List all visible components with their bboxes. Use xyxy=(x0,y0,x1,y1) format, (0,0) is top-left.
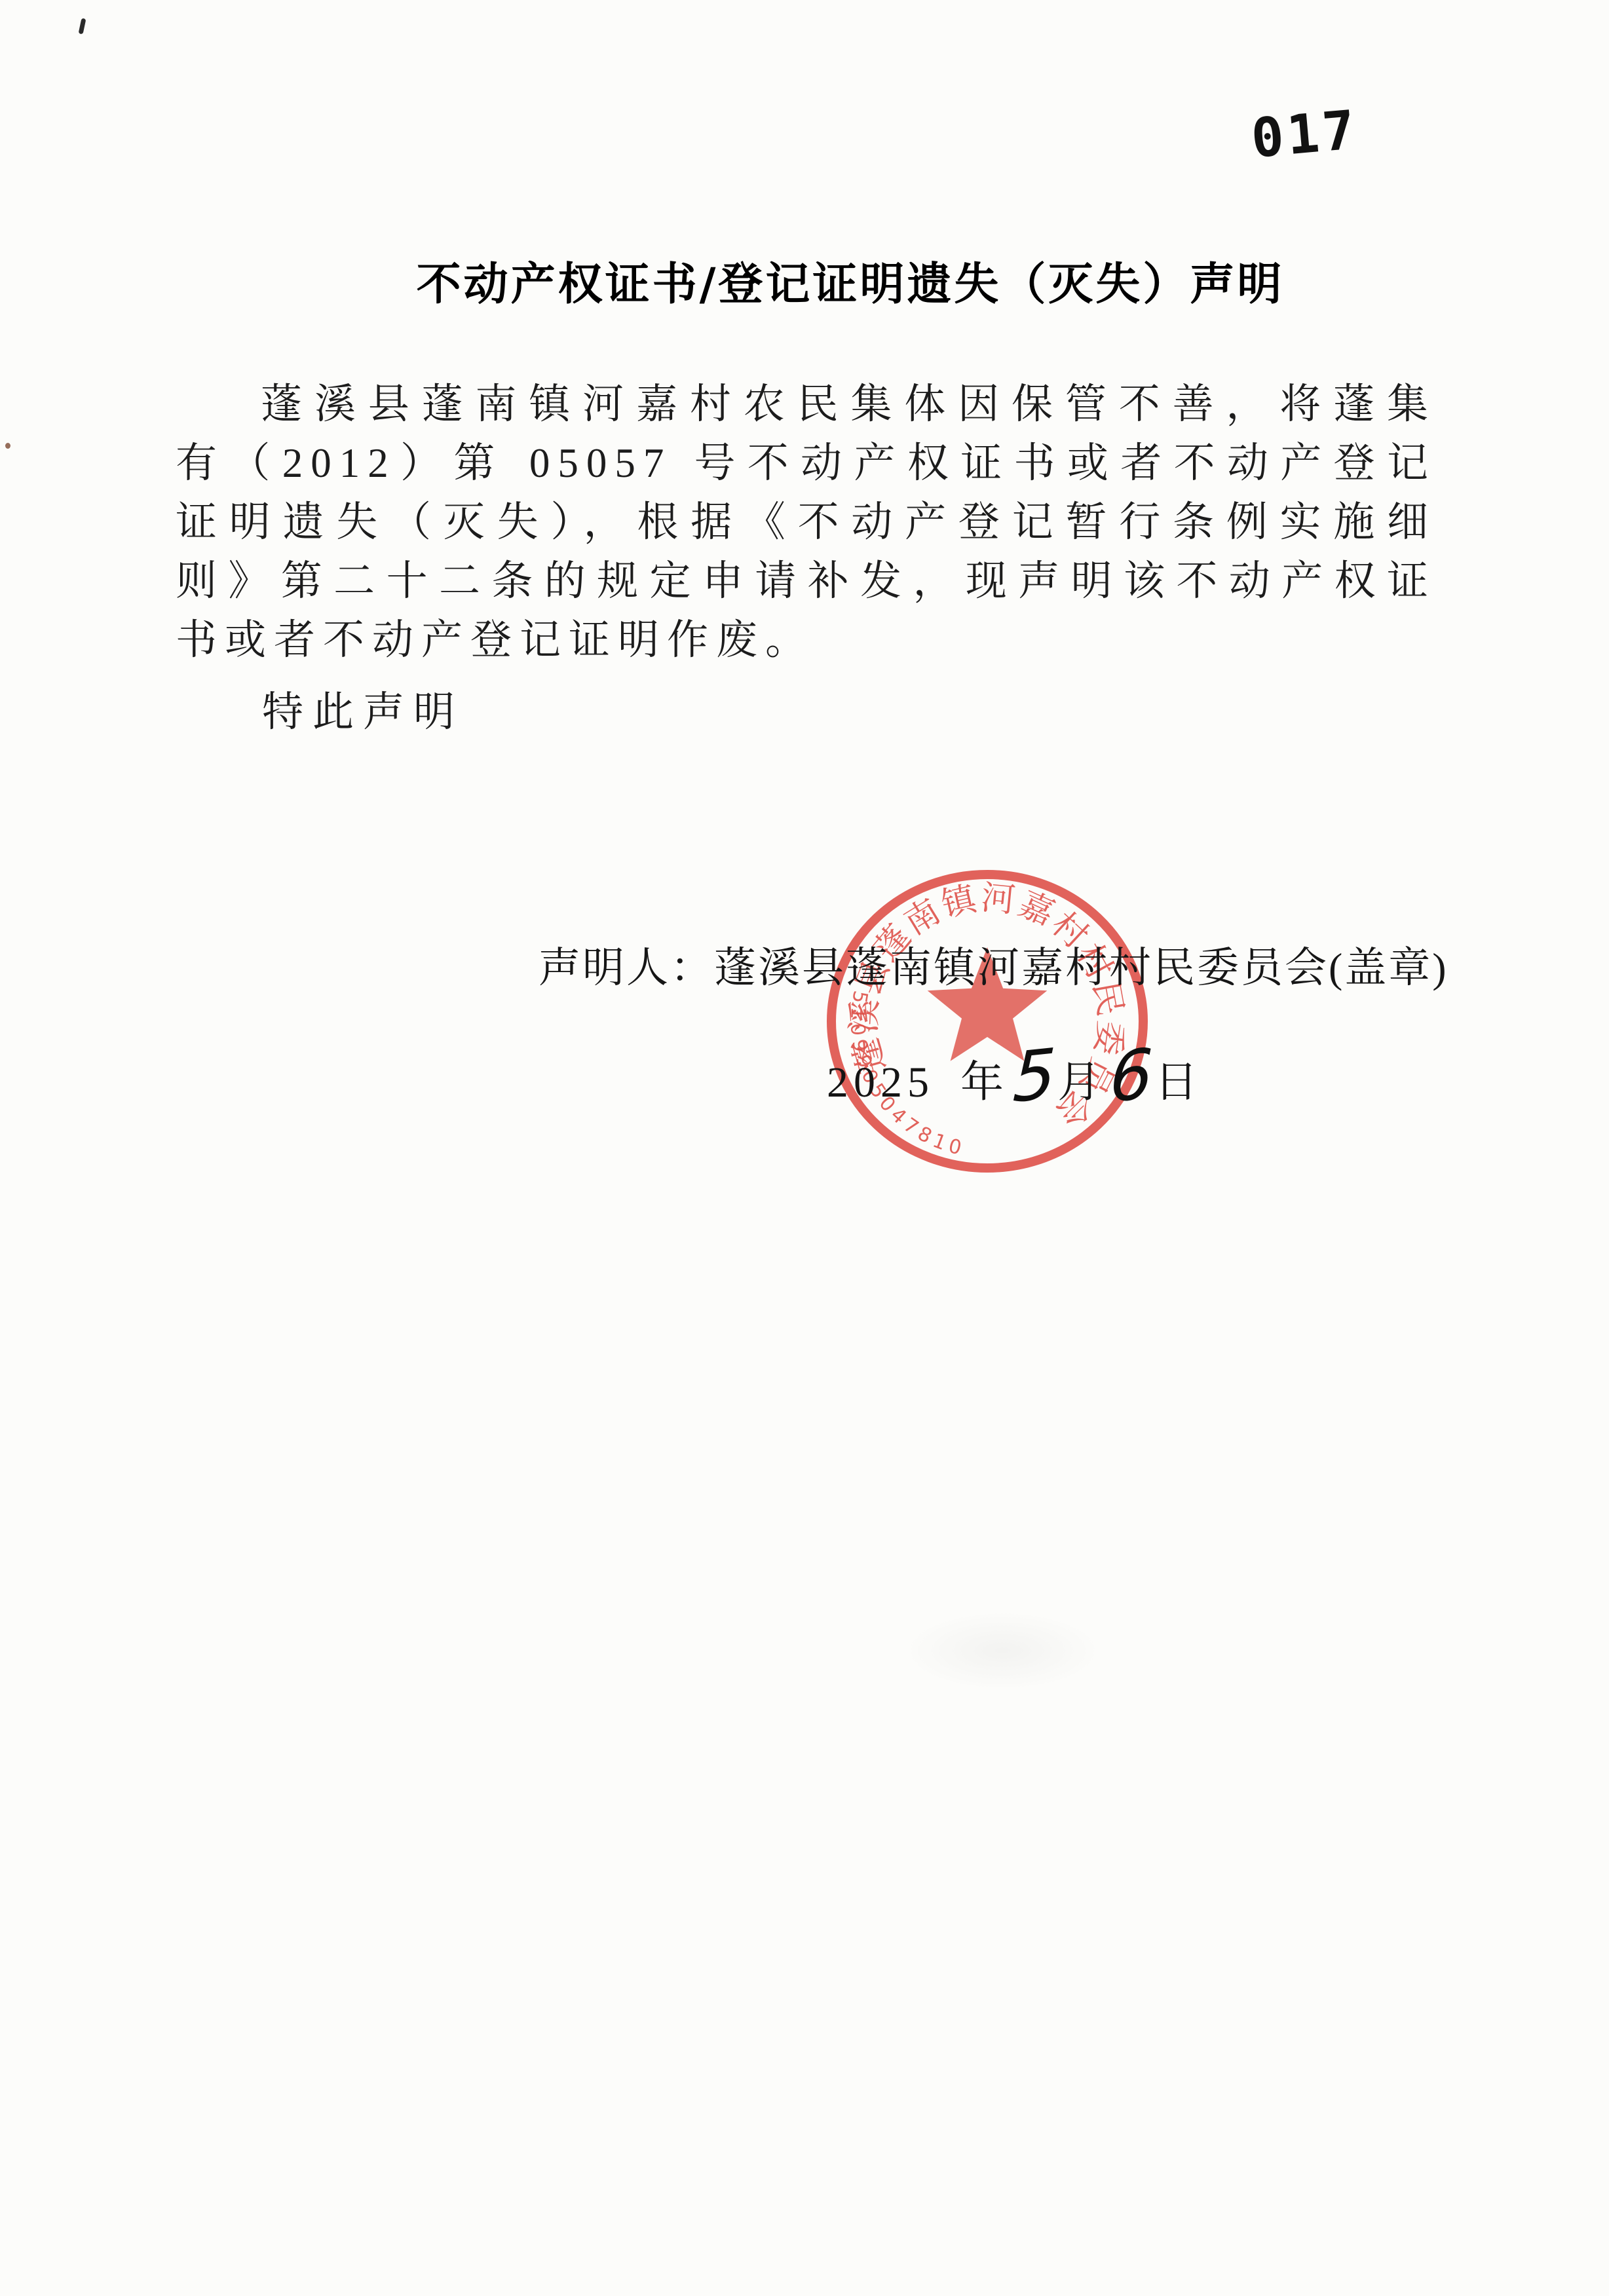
date-day-handwritten: 6 xyxy=(1108,1040,1154,1111)
date-year: 2025 xyxy=(827,1059,934,1106)
closing-statement: 特此声明 xyxy=(176,683,464,742)
scan-artifact-tick xyxy=(79,18,86,35)
body-paragraph: 蓬溪县蓬南镇河嘉村农民集体因保管不善，将蓬集 有（2012）第 05057 号不… xyxy=(176,375,1436,669)
body-line-2: 有（2012）第 05057 号不动产权证书或者不动产登记 xyxy=(176,434,1436,493)
body-line-5: 书或者不动产登记证明作废。 xyxy=(176,611,1436,669)
document-title: 不动产权证书/登记证明遗失（灭失）声明 xyxy=(92,249,1609,312)
date-line: 2025年5月6日 xyxy=(827,1040,1203,1116)
date-year-unit: 年 xyxy=(960,1059,1009,1106)
date-month-handwritten: 5 xyxy=(1012,1040,1057,1111)
date-month-unit: 月 xyxy=(1057,1059,1106,1106)
body-line-4: 则》第二十二条的规定申请补发，现声明该不动产权证 xyxy=(176,552,1436,611)
date-day-unit: 日 xyxy=(1154,1059,1203,1106)
page-number-stamp: 017 xyxy=(1249,99,1361,170)
declarant-name: 蓬溪县蓬南镇河嘉村村民委员会(盖章) xyxy=(714,945,1448,991)
scan-artifact-dot xyxy=(5,443,10,449)
official-seal: 蓬溪县蓬南镇河嘉村村民委员会 5109905047810 xyxy=(821,865,1154,1178)
scanned-document-page: 017 不动产权证书/登记证明遗失（灭失）声明 蓬溪县蓬南镇河嘉村村民委员会 5… xyxy=(0,0,1609,2296)
body-line-3: 证明遗失（灭失），根据《不动产登记暂行条例实施细 xyxy=(176,493,1436,552)
scan-artifact-smudge xyxy=(904,1611,1101,1690)
declarant-label: 声明人： xyxy=(539,945,714,991)
signature-line: 声明人：蓬溪县蓬南镇河嘉村村民委员会(盖章) xyxy=(539,942,1448,994)
body-line-1: 蓬溪县蓬南镇河嘉村农民集体因保管不善，将蓬集 xyxy=(176,375,1436,434)
